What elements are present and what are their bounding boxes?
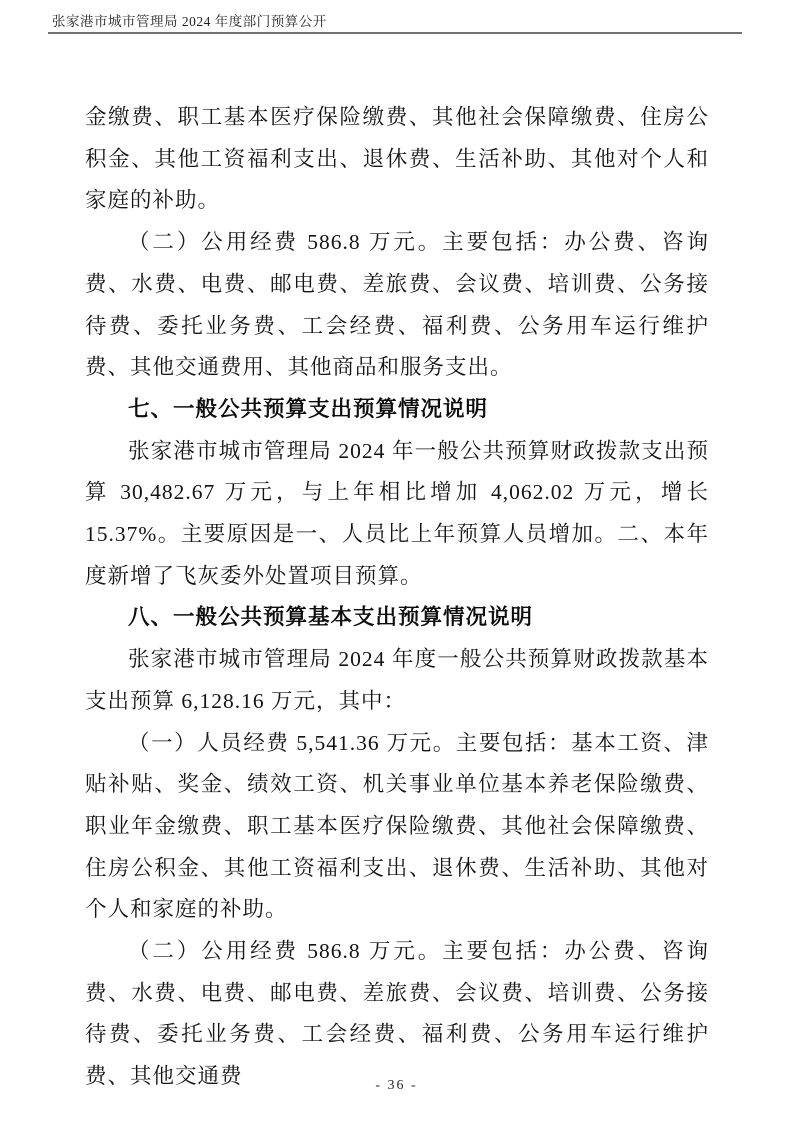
paragraph-general-budget-expenditure: 张家港市城市管理局 2024 年一般公共预算财政拨款支出预算 30,482.67… [85, 431, 709, 598]
page-number: - 36 - [0, 1078, 793, 1094]
section-heading-7: 七、一般公共预算支出预算情况说明 [85, 389, 709, 431]
paragraph-public-funds-cutoff: （二）公用经费 586.8 万元。主要包括：办公费、咨询费、水费、电费、邮电费、… [85, 931, 709, 1098]
section-heading-8: 八、一般公共预算基本支出预算情况说明 [85, 597, 709, 639]
document-page: 张家港市城市管理局 2024 年度部门预算公开 金缴费、职工基本医疗保险缴费、其… [0, 0, 793, 1122]
page-header-title: 张家港市城市管理局 2024 年度部门预算公开 [52, 13, 327, 30]
paragraph-personnel-funds: （一）人员经费 5,541.36 万元。主要包括：基本工资、津贴补贴、奖金、绩效… [85, 723, 709, 932]
paragraph-continuation: 金缴费、职工基本医疗保险缴费、其他社会保障缴费、住房公积金、其他工资福利支出、退… [85, 97, 709, 222]
paragraph-public-funds: （二）公用经费 586.8 万元。主要包括：办公费、咨询费、水费、电费、邮电费、… [85, 222, 709, 389]
header-rule-divider [48, 32, 742, 34]
document-body: 金缴费、职工基本医疗保险缴费、其他社会保障缴费、住房公积金、其他工资福利支出、退… [85, 97, 709, 1098]
paragraph-basic-expenditure: 张家港市城市管理局 2024 年度一般公共预算财政拨款基本支出预算 6,128.… [85, 639, 709, 722]
